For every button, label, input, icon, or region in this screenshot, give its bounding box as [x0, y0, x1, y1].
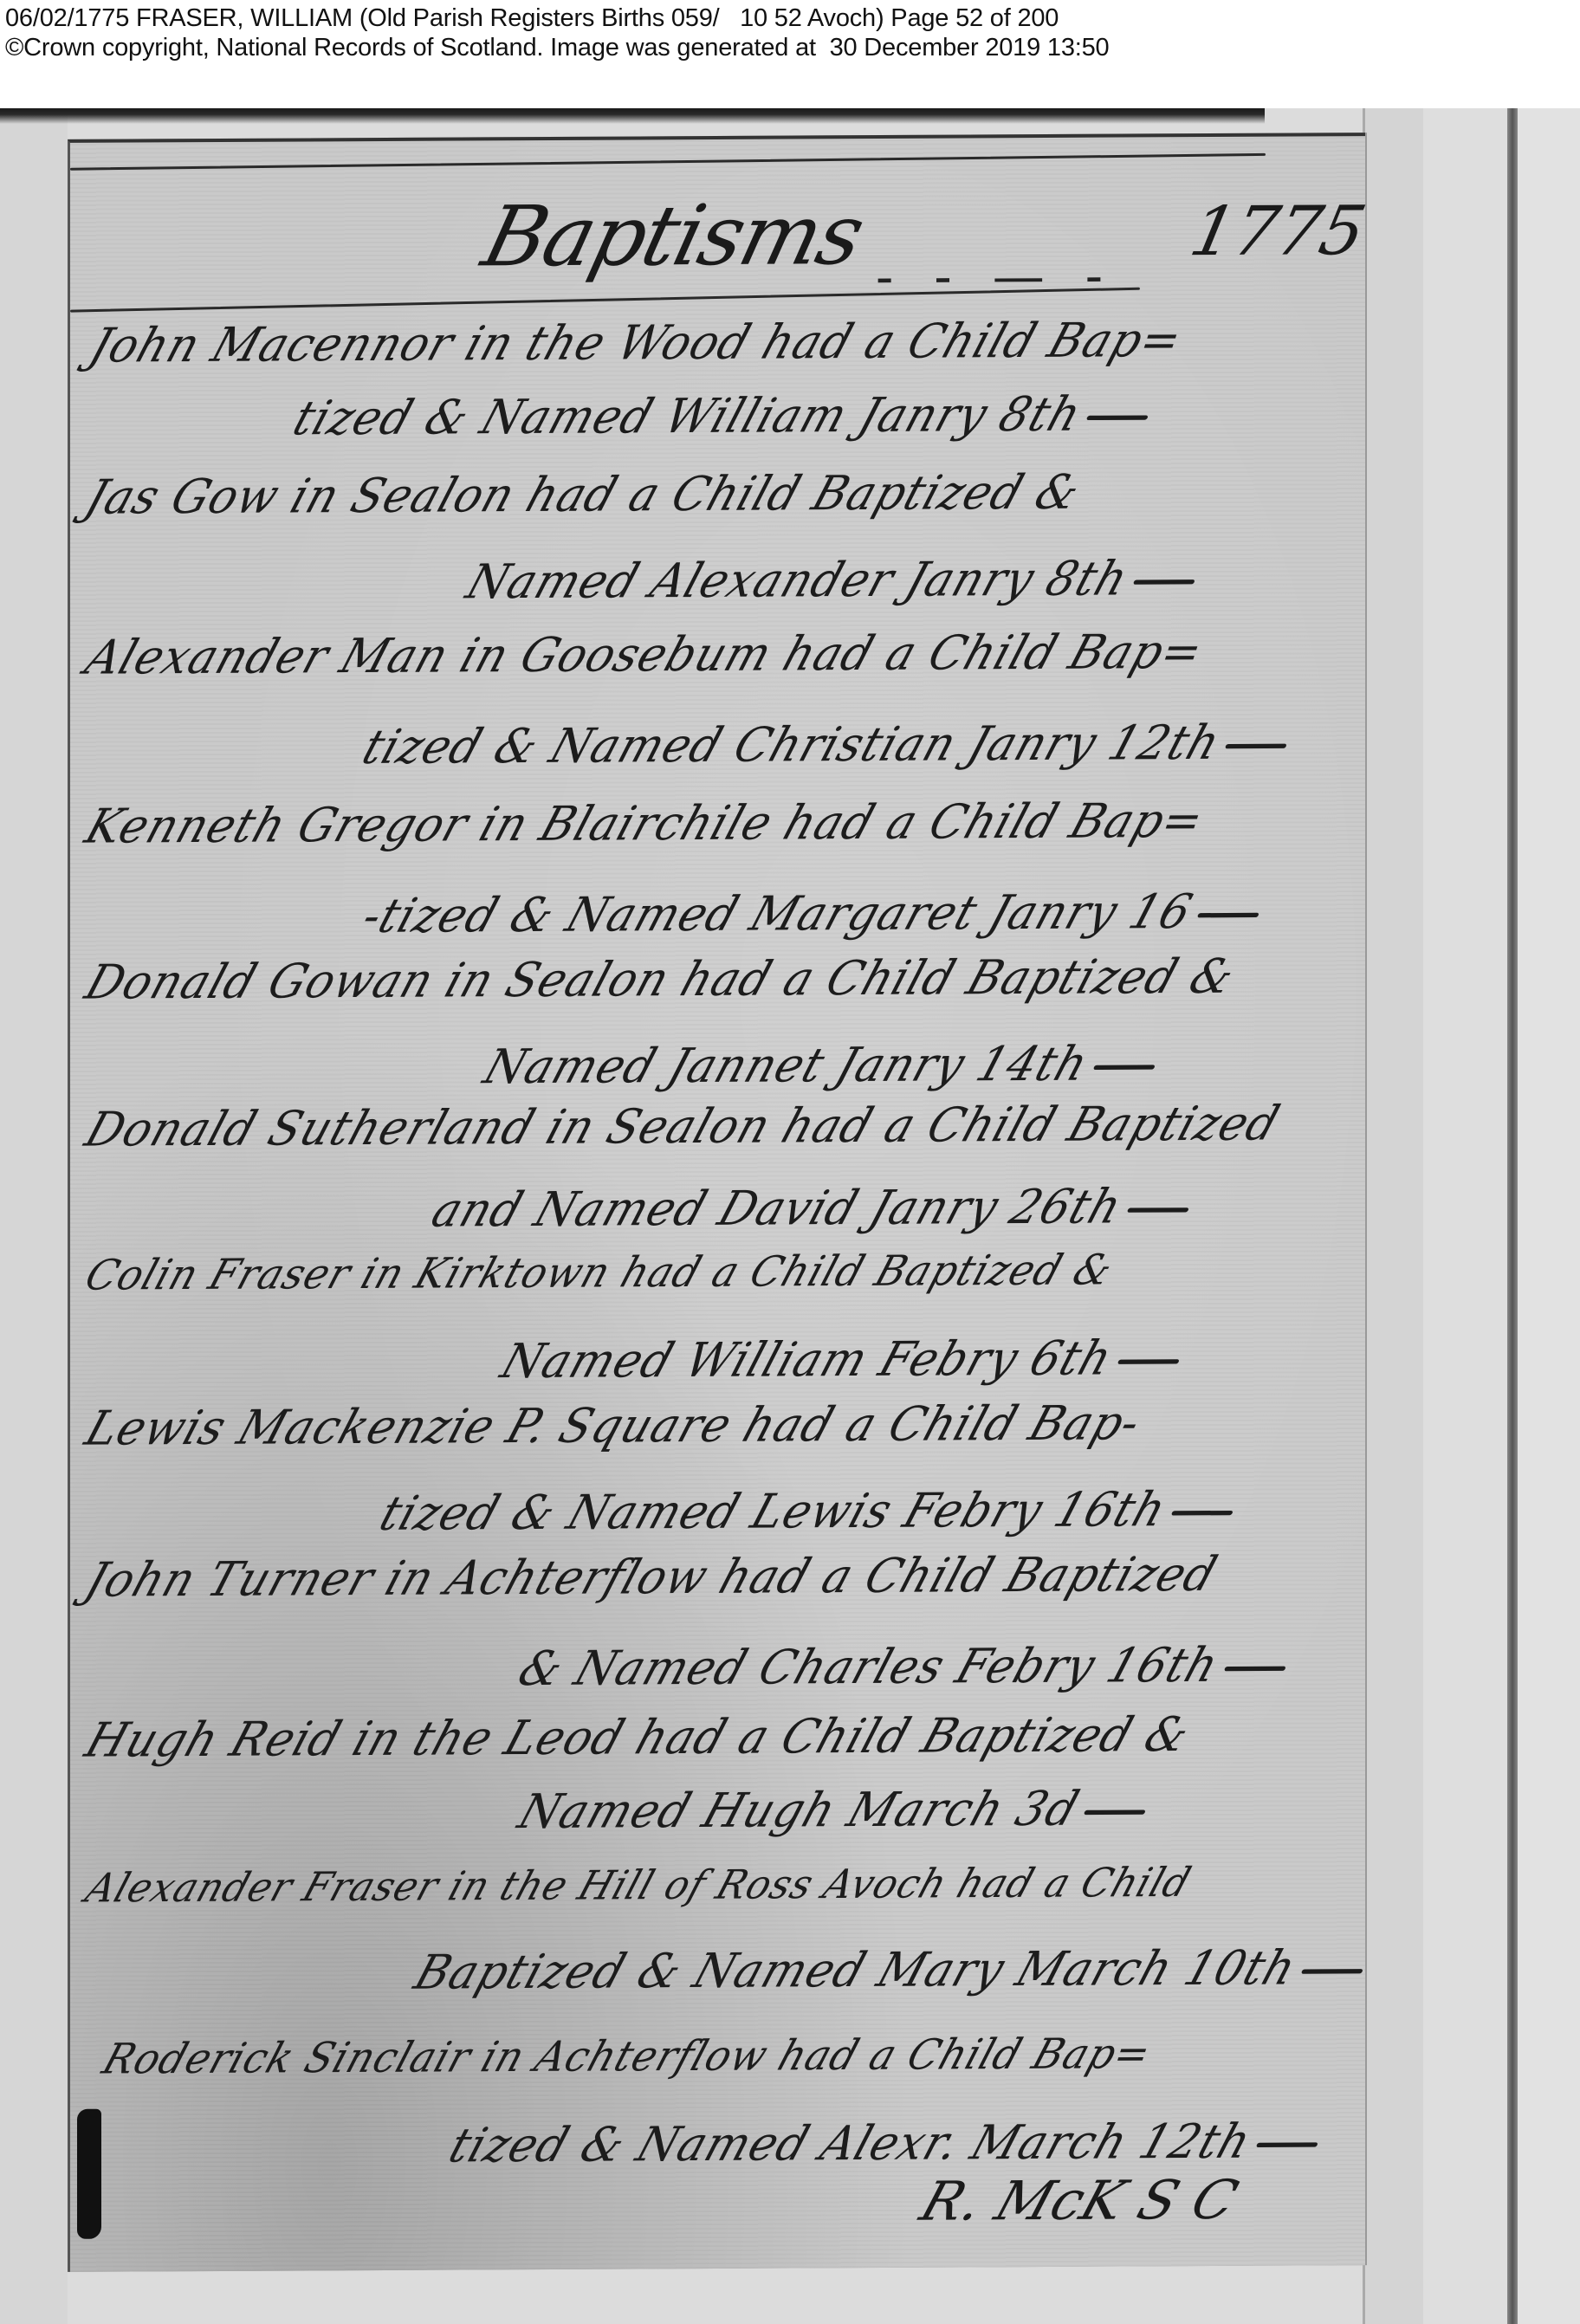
entry-line: tized & Named Alexr. March 12th [443, 2114, 1328, 2173]
end-dash [1256, 2142, 1318, 2147]
entry-line: Colin Fraser in Kirktown had a Child Bap… [80, 1245, 1119, 1299]
baptism-entry: Lewis Mackenzie P. Square had a Child Ba… [70, 1396, 1344, 1403]
entry-line: Named William Febry 6th [495, 1331, 1188, 1389]
entry-line: Alexander Fraser in the Hill of Ross Avo… [80, 1860, 1196, 1912]
heading-year: 1775 [1183, 192, 1372, 271]
end-dash [1084, 1809, 1146, 1815]
top-rule [70, 153, 1266, 171]
end-dash [1133, 579, 1195, 585]
entry-line: Donald Gowan in Sealon had a Child Bapti… [79, 949, 1241, 1010]
end-dash [1197, 913, 1259, 918]
entry-line: Named Hugh March 3d [512, 1782, 1156, 1840]
page-edge-strip [1363, 108, 1426, 2324]
baptism-entry: Donald Gowan in Sealon had a Child Bapti… [70, 950, 1344, 957]
binding-fold [1507, 108, 1518, 2324]
entry-line: & Named Charles Febry 16th [512, 1638, 1295, 1697]
adjacent-page [1423, 108, 1510, 2324]
baptism-entry: Alexander Fraser in the Hill of Ross Avo… [70, 1860, 1344, 1867]
end-dash [1225, 744, 1287, 749]
record-header: 06/02/1775 FRASER, WILLIAM (Old Parish R… [0, 0, 1580, 108]
end-dash [1224, 1667, 1286, 1672]
entry-line: tized & Named Lewis Febry 16th [373, 1482, 1242, 1541]
baptism-entry: Roderick Sinclair in Achterflow had a Ch… [70, 2029, 1344, 2036]
entry-line: John Turner in Achterflow had a Child Ba… [79, 1547, 1224, 1608]
register-page: Baptisms - - — - 1775 John Macennor in t… [68, 133, 1365, 2272]
entry-line: Named Alexander Janry 8th [460, 552, 1205, 611]
page-heading: Baptisms - - — - 1775 [486, 184, 1352, 292]
entry-line: Baptized & Named Mary March 10th [408, 1941, 1373, 2001]
entry-line: Lewis Mackenzie P. Square had a Child Ba… [79, 1396, 1148, 1456]
entry-line: John Macennor in the Wood had a Child Ba… [83, 314, 1189, 374]
entry-line: Roderick Sinclair in Achterflow had a Ch… [97, 2029, 1158, 2083]
baptism-entry: Jas Gow in Sealon had a Child Baptized &… [70, 465, 1344, 472]
end-dash [1301, 1969, 1363, 1974]
baptism-entry: Alexander Man in Goosebum had a Child Ba… [70, 625, 1344, 632]
entry-line: Named Jannet Janry 14th [477, 1037, 1165, 1095]
baptism-entry: Hugh Reid in the Leod had a Child Baptiz… [70, 1708, 1344, 1715]
copyright-notice: ©Crown copyright, National Records of Sc… [5, 33, 1109, 62]
clerk-signature: R. McK S C [913, 2168, 1246, 2233]
baptism-entry: Kenneth Gregor in Blairchile had a Child… [70, 794, 1344, 801]
entry-line: Jas Gow in Sealon had a Child Baptized & [79, 465, 1087, 525]
entry-line: Kenneth Gregor in Blairchile had a Child… [79, 794, 1211, 855]
entry-line: Hugh Reid in the Leod had a Child Baptiz… [79, 1708, 1196, 1769]
entry-line: and Named David Janry 26th [425, 1180, 1198, 1239]
baptism-entry: Donald Sutherland in Sealon had a Child … [70, 1097, 1344, 1104]
scanned-register-image: Baptisms - - — - 1775 John Macennor in t… [0, 108, 1580, 2324]
baptism-entry: John Macennor in the Wood had a Child Ba… [70, 314, 1344, 320]
record-title: 06/02/1775 FRASER, WILLIAM (Old Parish R… [5, 3, 1059, 33]
entry-line: Alexander Man in Goosebum had a Child Ba… [79, 625, 1210, 686]
baptism-entry: Colin Fraser in Kirktown had a Child Bap… [70, 1245, 1344, 1252]
baptism-entry: John Turner in Achterflow had a Child Ba… [70, 1548, 1344, 1555]
entry-line: tized & Named Christian Janry 12th [356, 715, 1297, 775]
entry-line: tized & Named William Janry 8th [287, 387, 1158, 446]
end-dash [1127, 1207, 1189, 1213]
end-dash [1117, 1359, 1180, 1364]
top-shadow [0, 108, 1265, 124]
heading-text: Baptisms [474, 186, 872, 285]
entry-line: -tized & Named Margaret Janry 16 [356, 884, 1269, 944]
end-dash [1086, 415, 1149, 420]
end-dash [1093, 1065, 1156, 1070]
end-dash [1171, 1511, 1234, 1516]
entry-line: Donald Sutherland in Sealon had a Child … [79, 1097, 1286, 1157]
heading-dashes: - - — - [876, 246, 1115, 307]
left-margin [0, 108, 68, 2324]
far-right-margin [1518, 108, 1580, 2324]
ink-blot [77, 2109, 101, 2239]
